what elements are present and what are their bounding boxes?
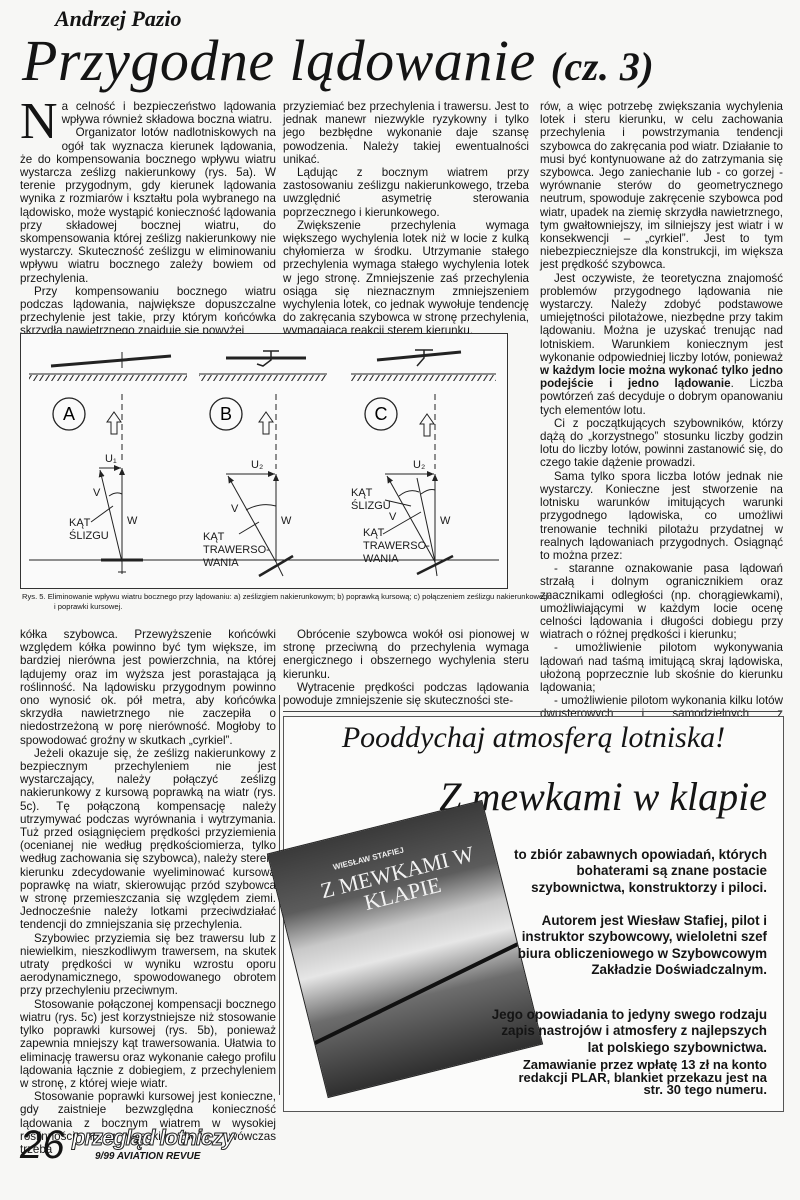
paragraph: Jeżeli okazuje się, że ześlizg nakierunk… (20, 747, 276, 932)
svg-text:W: W (440, 515, 451, 527)
paragraph: przyziemiać bez przechylenia i trawersu.… (283, 100, 529, 166)
paragraph: Lądując z bocznym wiatrem przy zastosowa… (283, 166, 529, 219)
ad-text-stories: Jego opowiadania to jedyny swego rodzaju… (487, 1007, 767, 1056)
paragraph: Wytracenie prędkości podczas lądowania p… (283, 681, 529, 707)
paragraph: Na celność i bezpieczeństwo lądowania wp… (20, 100, 276, 126)
issue-label: 9/99 AVIATION REVUE (95, 1151, 200, 1162)
book-advertisement: Pooddychaj atmosferą lotniska! Z mewkami… (283, 716, 784, 1112)
svg-text:W: W (127, 515, 138, 527)
column-1-top: Na celność i bezpieczeństwo lądowania wp… (20, 100, 276, 338)
svg-text:U₁: U₁ (105, 453, 117, 465)
paragraph: Przy kompensowaniu bocznego wiatru podcz… (20, 285, 276, 338)
svg-text:V: V (231, 503, 239, 515)
panel-label-b: B (220, 404, 232, 424)
svg-text:V: V (93, 487, 101, 499)
svg-text:KĄT: KĄT (203, 531, 225, 543)
figure-caption: Rys. 5. Eliminowanie wpływu wiatru boczn… (22, 592, 554, 611)
page-number: 26 (20, 1123, 65, 1168)
title-main: Przygodne lądowanie (22, 28, 536, 93)
paragraph: Stosowanie połączonej kompensacji boczne… (20, 998, 276, 1090)
svg-text:U₂: U₂ (251, 459, 263, 471)
article-title: Przygodne lądowanie (cz. 3) (22, 28, 654, 100)
svg-text:KĄT: KĄT (69, 517, 91, 529)
paragraph: Zwiększenie przechylenia wymaga większeg… (283, 219, 529, 338)
figure-rys-5: A B C U₁ V W KĄT ŚLIZGU U₂ V W KĄT TR (20, 333, 508, 589)
paragraph: kółka szybowca. Przewyższenie końcówki w… (20, 628, 276, 747)
ad-text-description: to zbiór zabawnych opowiadań, których bo… (487, 847, 767, 896)
paragraph: Obrócenie szybowca wokół osi pionowej w … (283, 628, 529, 681)
paragraph: rów, a więc potrzebę zwiększania wychyle… (540, 100, 783, 272)
column-3: rów, a więc potrzebę zwiększania wychyle… (540, 100, 783, 734)
paragraph: Organizator lotów nadlotniskowych na ogó… (20, 126, 276, 284)
paragraph: Szybowiec przyziemia się bez trawersu lu… (20, 932, 276, 998)
magazine-logo: przegląd lotniczy (72, 1125, 233, 1151)
horizontal-rule (283, 711, 782, 712)
title-part: (cz. 3) (551, 44, 654, 89)
ad-book-title: Z mewkami w klapie (439, 773, 767, 820)
svg-text:WANIA: WANIA (203, 557, 239, 569)
svg-text:W: W (281, 515, 292, 527)
panel-label-a: A (63, 404, 75, 424)
column-2-top: przyziemiać bez przechylenia i trawersu.… (283, 100, 529, 338)
paragraph: - staranne oznakowanie pasa lądowań strz… (540, 562, 783, 641)
svg-text:KĄT: KĄT (351, 487, 373, 499)
svg-text:WANIA: WANIA (363, 553, 399, 565)
paragraph: - umożliwienie pilotom wykonywania lądow… (540, 641, 783, 694)
paragraph: Sama tylko spora liczba lotów jednak nie… (540, 470, 783, 562)
drop-cap: N (20, 102, 58, 142)
svg-text:KĄT: KĄT (363, 527, 385, 539)
ad-headline: Pooddychaj atmosferą lotniska! (284, 721, 783, 755)
ad-text-author: Autorem jest Wiesław Stafiej, pilot i in… (487, 913, 767, 979)
paragraph: Jest oczywiste, że teoretyczna znajomość… (540, 272, 783, 417)
ad-text-order: Zamawianie przez wpłatę 13 zł na konto r… (517, 1059, 767, 1097)
svg-text:U₂: U₂ (413, 459, 425, 471)
column-1-bottom: kółka szybowca. Przewyższenie końcówki w… (20, 628, 276, 1156)
svg-text:TRAWERSO-: TRAWERSO- (203, 544, 270, 556)
svg-text:TRAWERSO-: TRAWERSO- (363, 540, 430, 552)
svg-text:ŚLIZGU: ŚLIZGU (351, 499, 391, 512)
paragraph: Ci z początkujących szybowników, którzy … (540, 417, 783, 470)
svg-text:V: V (389, 511, 397, 523)
crosswind-diagram: A B C U₁ V W KĄT ŚLIZGU U₂ V W KĄT TR (21, 334, 507, 588)
svg-text:ŚLIZGU: ŚLIZGU (69, 529, 109, 542)
column-2-bottom: Obrócenie szybowca wokół osi pionowej w … (283, 628, 529, 707)
panel-label-c: C (375, 404, 388, 424)
